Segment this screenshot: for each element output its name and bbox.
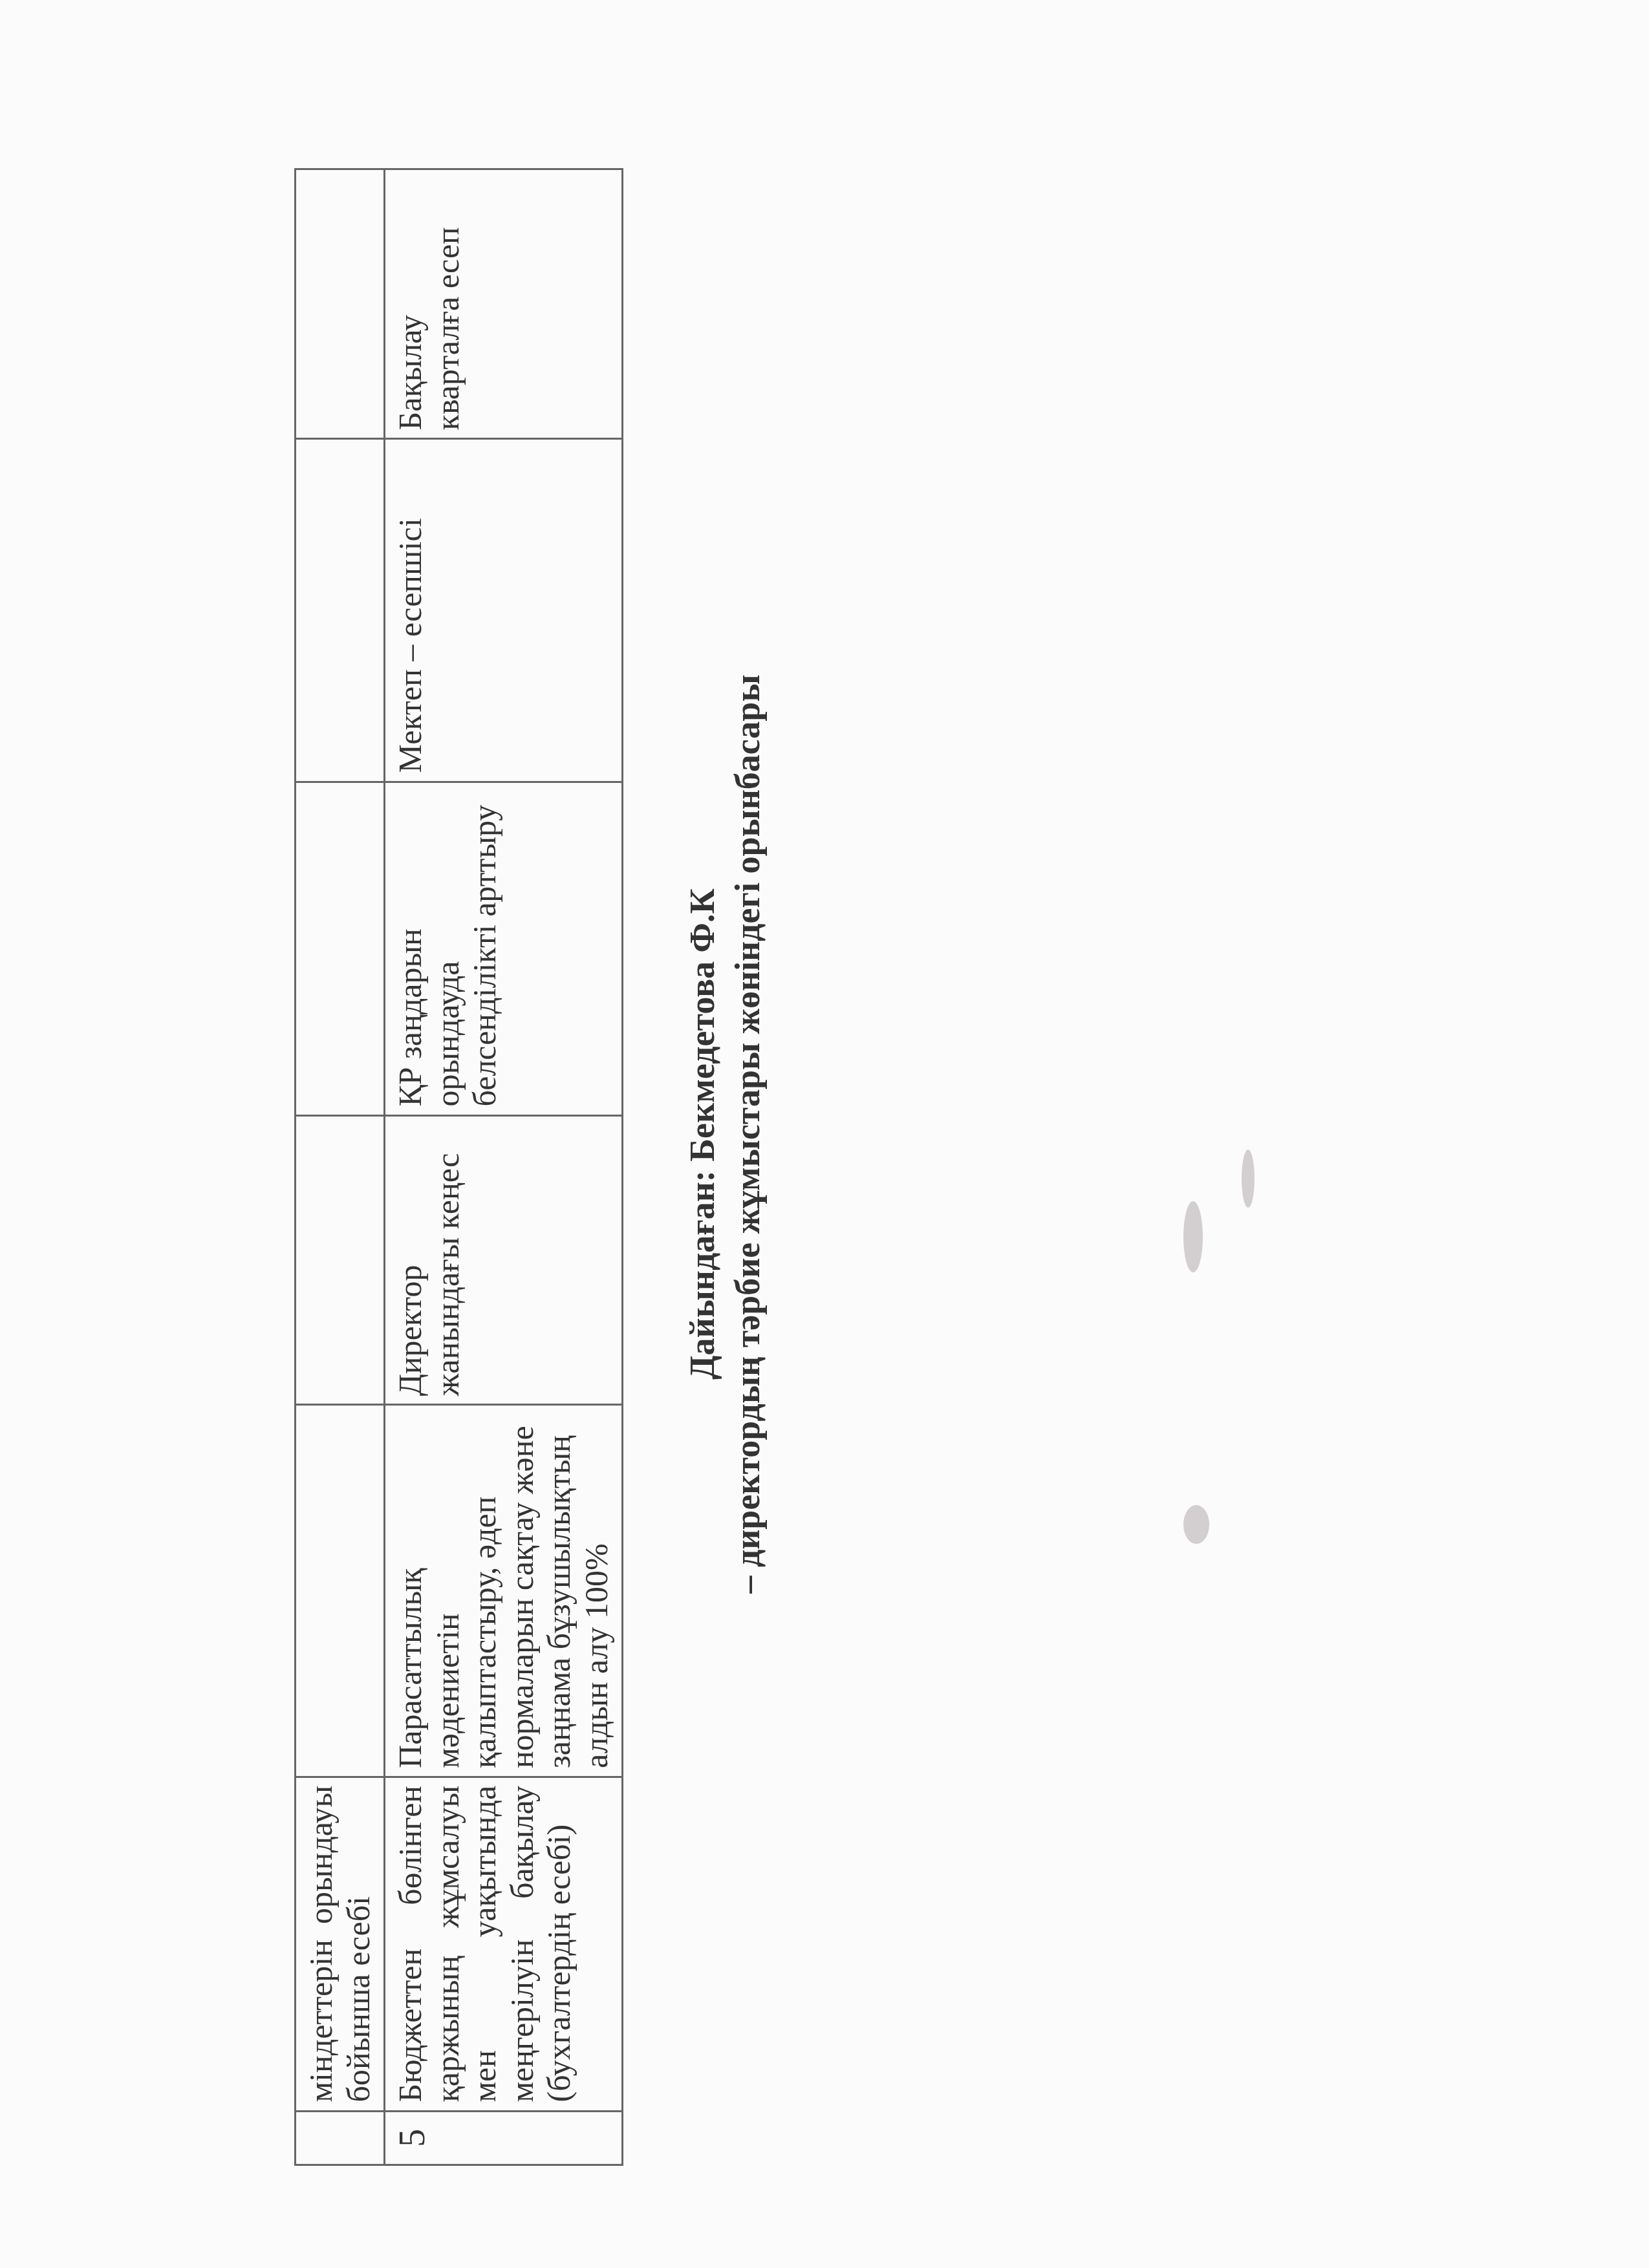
row-goal: Парасаттылық мәдениетін қалыптастыру, әд… [385,1405,623,1777]
scan-smudge [1242,1150,1255,1208]
row-responsible: Мектеп – есепшісі [385,439,623,782]
scan-smudge [1183,1505,1209,1544]
document-page: міндеттерін орындауы бойынша есебі 5 Бюд… [0,0,1649,2268]
row-task: Бюджеттен бөлінген қаржының жұмсалуы мен… [385,1777,623,2111]
table-cell-goal [296,1405,385,1777]
table-cell-task: міндеттерін орындауы бойынша есебі [296,1777,385,2111]
author-position: – директордың тәрбие жұмыстары жөніндегі… [727,0,768,2268]
table-cell-report [296,169,385,439]
plan-table: міндеттерін орындауы бойынша есебі 5 Бюд… [294,168,623,2166]
table-cell-number [296,2111,385,2165]
row-form: Директор жанындағы кеңес [385,1115,623,1405]
table-continuation-row: міндеттерін орындауы бойынша есебі [296,169,385,2165]
row-report: Бақылау кварталға есеп [385,169,623,439]
row-number: 5 [385,2111,623,2165]
table-row: 5 Бюджеттен бөлінген қаржының жұмсалуы м… [385,169,623,2165]
prepared-by: Дайындаған: Бекмедетова Ф.К [682,0,722,2268]
table-cell-form [296,1115,385,1405]
table-cell-responsible [296,439,385,782]
scan-smudge [1183,1201,1203,1272]
table-cell-result [296,782,385,1115]
row-result: ҚР заңдарын орындауда белсенділікті артт… [385,782,623,1115]
